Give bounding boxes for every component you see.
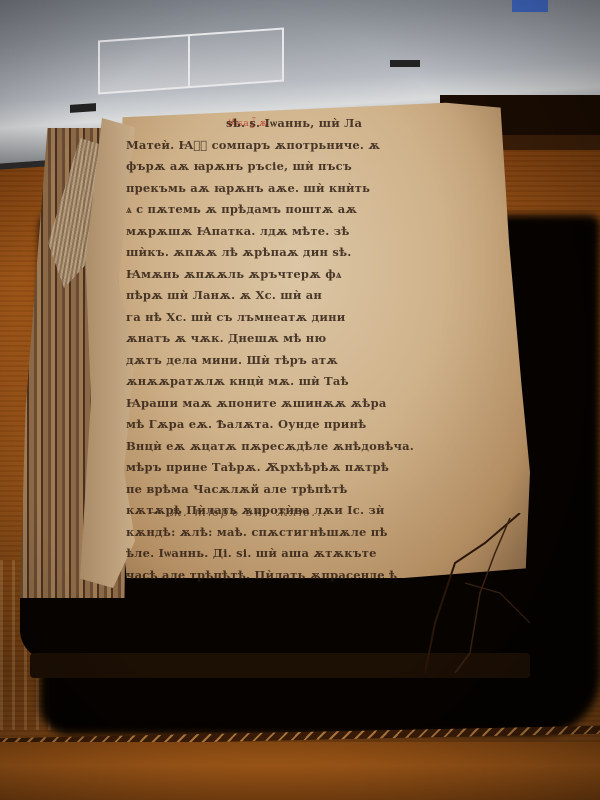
text-line: прекъмь аѫ ꙗрѫнъ аѫе. шѝ кнѝть	[126, 178, 456, 200]
table-front-edge	[0, 742, 600, 800]
text-line: пе врѣма Часѫлѫй але трѣпѣтѣ	[126, 479, 456, 501]
text-line: ѣле. Іѡаннь. Ді. ѕі. шѝ аша ѫтѫкъте	[126, 543, 456, 565]
text-line: кѫндѣ: ѫлѣ: маѣ. спѫстигнѣшѫле пѣ	[126, 522, 456, 544]
text-line: га нѣ Хс. шѝ съ лъмнеатѫ дини	[126, 307, 456, 329]
text-line: Внцѝ еѫ ѫцатѫ пѫресѫдѣле ѫнѣдовѣча.	[126, 436, 456, 458]
text-line: пѣрѫ шѝ Ланѫ. ѫ Хс. шѝ ан	[126, 285, 456, 307]
handwritten-note: — ѫ. тѣръ зн. ѫлѣ...	[150, 505, 329, 519]
text-line: ѫнатъ ѫ чѫк. Днешѫ мѣ ню	[126, 328, 456, 350]
text-line: дѫтъ дела мини. Шѝ тѣръ атѫ	[126, 350, 456, 372]
text-line: Матеѝ. Ꙗⷭ҇ сомпаръ ѫпотрьниче. ѫ	[126, 135, 456, 157]
laptop-blue-indicator	[512, 0, 548, 12]
text-line: ѧ с пѫтемь ѫ прѣдамъ поштѫ аѫ	[126, 199, 456, 221]
text-line: часѣ але трѣпѣтѣ. Пѝлать ѫпрасенде ѣ	[126, 565, 456, 587]
laptop-port	[390, 60, 420, 67]
text-line: ѫнѫѫратѫлѫ кнцѝ мѫ. шѝ Таѣ	[126, 371, 456, 393]
text-line: мѣ Гѫра еѫ. Ѣалѫта. Оунде принѣ	[126, 414, 456, 436]
text-line: фърѫ аѫ ꙗрѫнъ ръсіе, шѝ пъсъ	[126, 156, 456, 178]
text-line: шѝкъ. ѫпѫѫ лѣ ѫрѣпаѫ дин ѕѣ.	[126, 242, 456, 264]
text-line: ѕѣ. ѕ. Іѡаннь, шѝ Ла	[126, 113, 456, 135]
photo-scene: Ꙗ҃ѕаꙁⷭ҇ ѫ ѕѣ. ѕ. Іѡаннь, шѝ Ла Матеѝ. Ꙗⷭ…	[0, 0, 600, 800]
text-line: мѣръ прине Таѣрѫ. Ѫрхѣѣрѣѫ пѫтрѣ	[126, 457, 456, 479]
text-line: Ꙗраши маѫ ѫпоните ѫшинѫѫ ѫѣра	[126, 393, 456, 415]
text-line: Ꙗмѫнь ѫпѫѫль ѫръчтерѫ фѧ	[126, 264, 456, 286]
text-line: мѫрѫшѫ Ꙗпатка. лдѫ мѣте. зѣ	[126, 221, 456, 243]
